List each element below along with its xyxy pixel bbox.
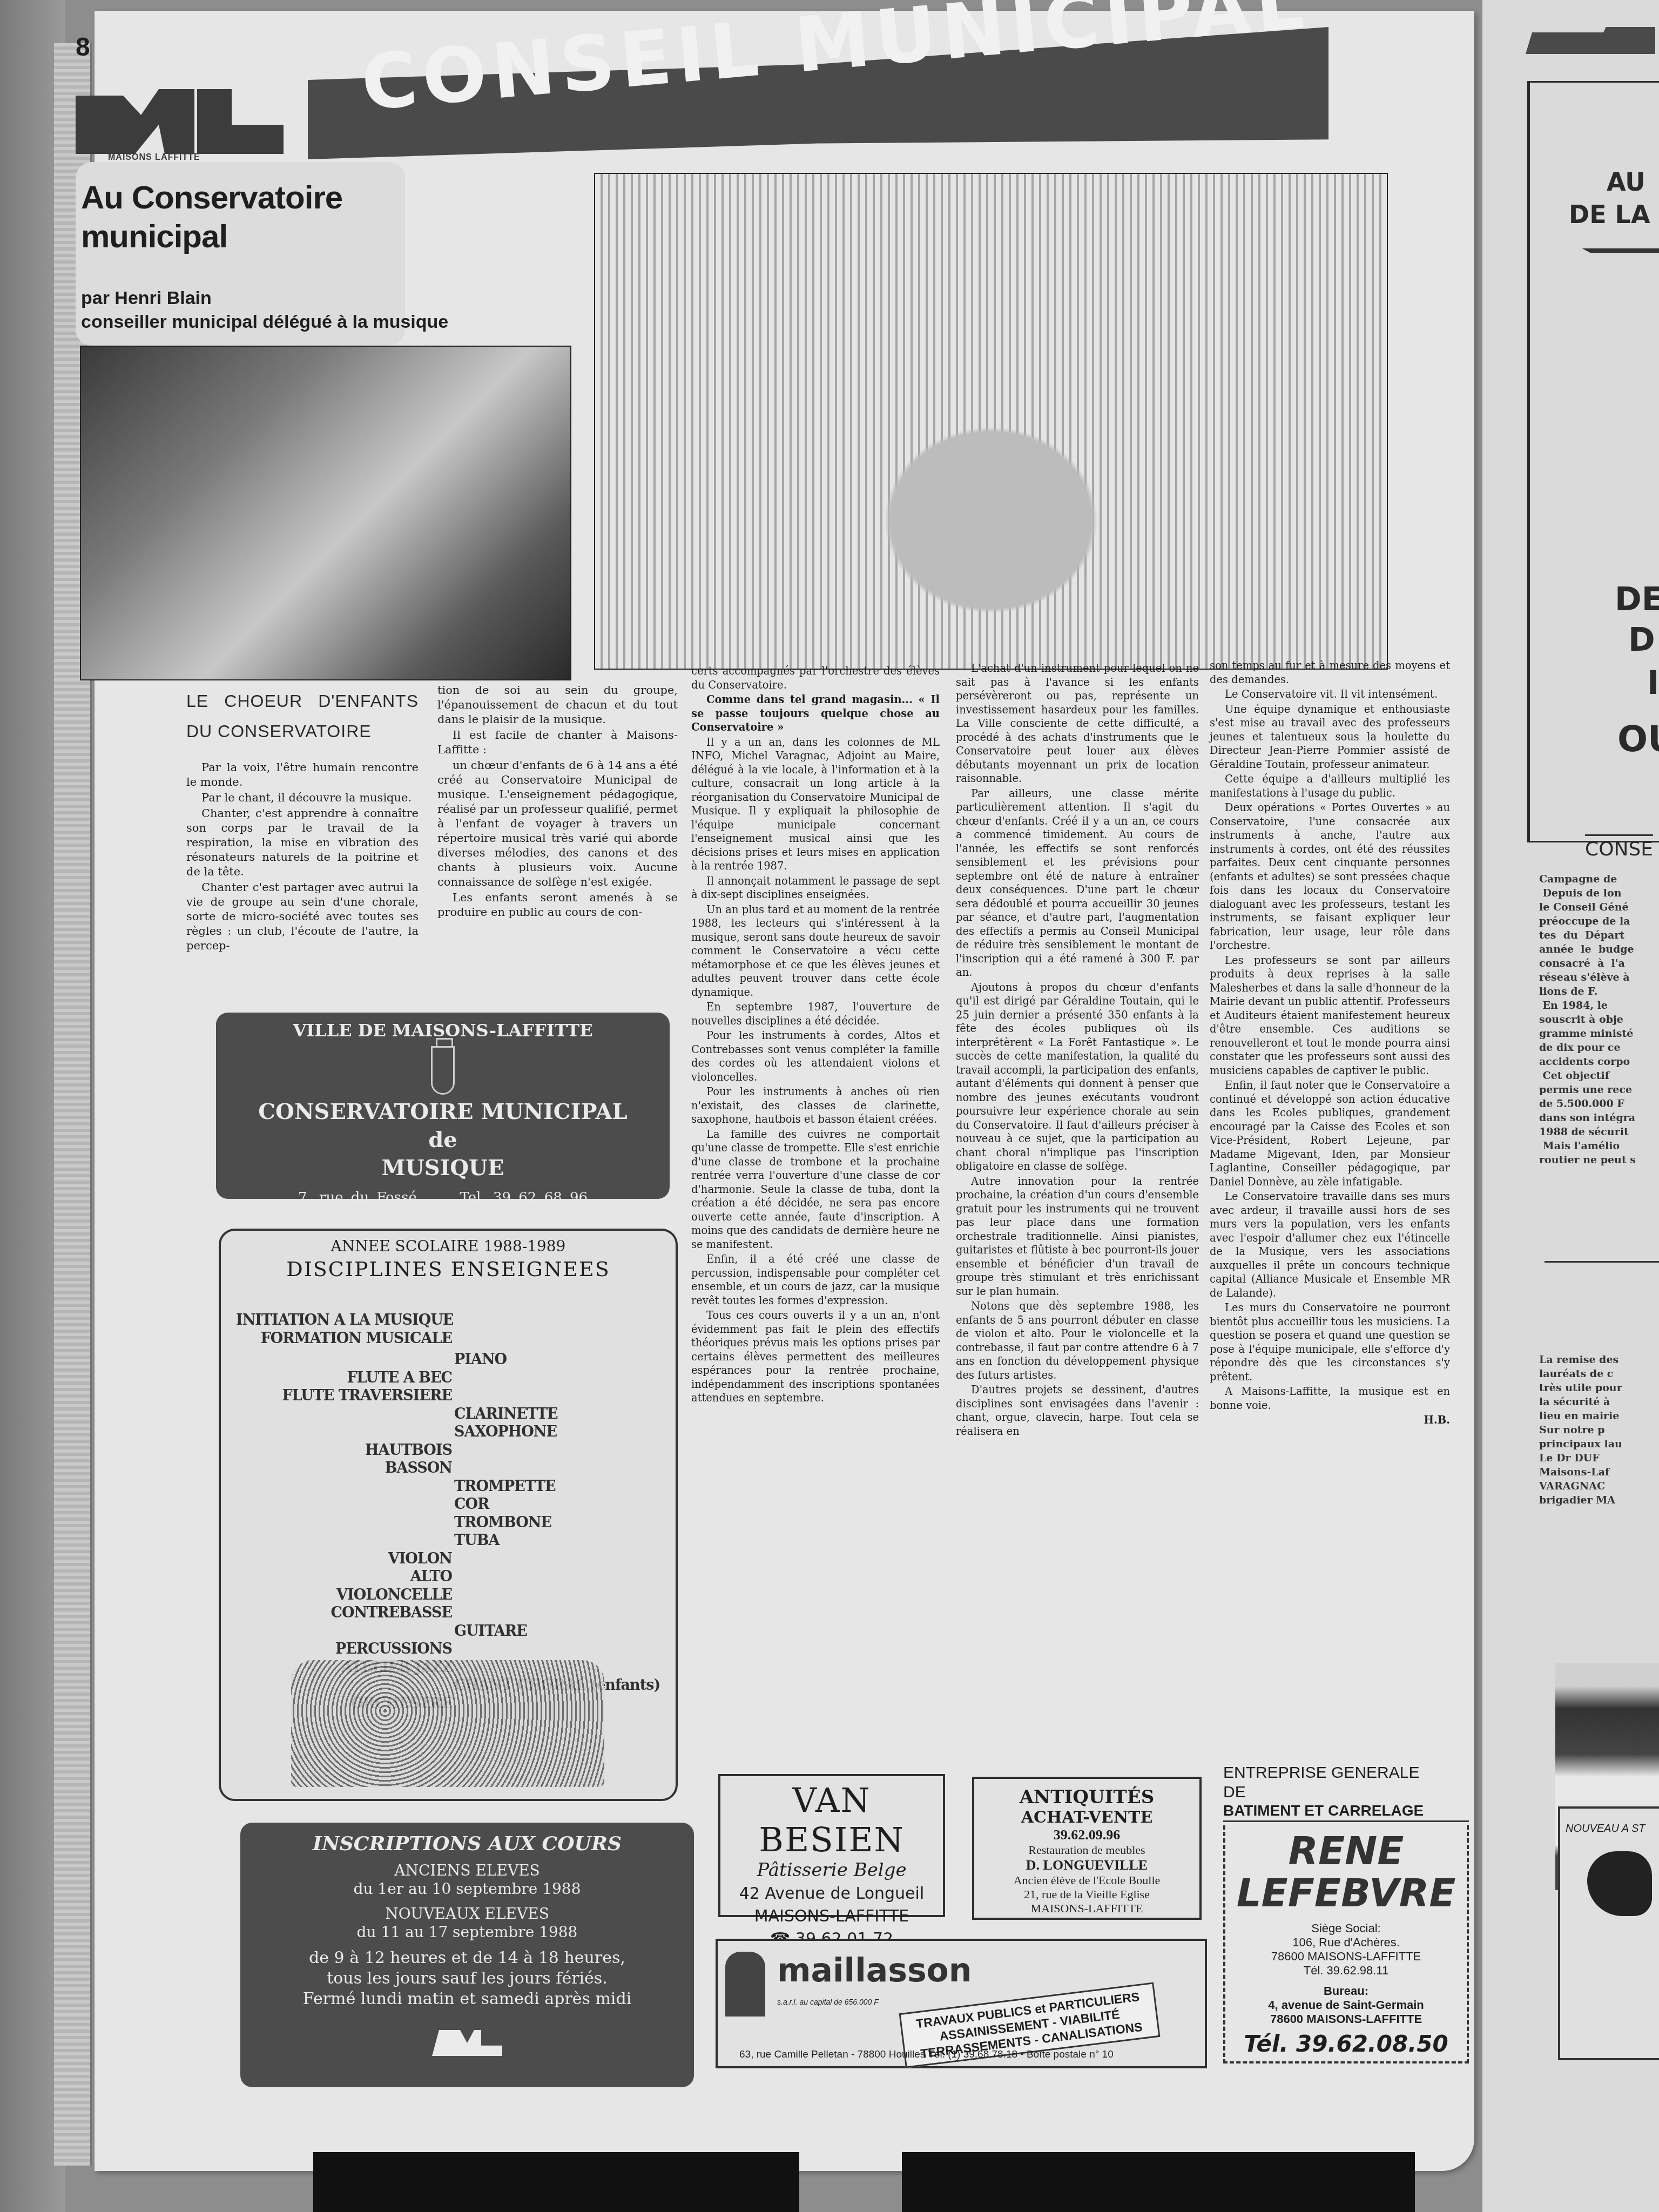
article-column-4: L'achat d'un instrument pour lequel on n…: [956, 662, 1199, 1439]
days: tous les jours sauf les jours fériés.: [240, 1968, 694, 1989]
ml-logo-l-shape: [197, 89, 284, 154]
discipline-item: INITIATION A LA MUSIQUE: [236, 1312, 452, 1328]
right-heading-5: I: [1647, 664, 1659, 702]
lefebvre-hq-address: 106, Rue d'Achères.: [1228, 1935, 1465, 1950]
photographer-leg-right: [902, 2152, 1415, 2212]
lefebvre-frame: RENE LEFEBVRE Siège Social: 106, Rue d'A…: [1223, 1825, 1469, 2063]
van-besien-address: 42 Avenue de Longueil: [720, 1884, 943, 1904]
photo-childrens-choir-concert: [594, 173, 1388, 670]
inscriptions-box: INSCRIPTIONS AUX COURS ANCIENS ELEVES du…: [240, 1823, 694, 2087]
card-phone: Tel. 39 62 68 96: [460, 1190, 588, 1206]
antiq-subtitle: ACHAT-VENTE: [974, 1808, 1199, 1827]
ad-van-besien: VAN BESIEN Pâtisserie Belge 42 Avenue de…: [718, 1774, 945, 1917]
maillasson-name: maillasson: [777, 1952, 972, 1990]
duck-illustration-icon: [1587, 1851, 1652, 1916]
paragraph: Les enfants seront amenés à se produire …: [437, 891, 678, 920]
paragraph: Par la voix, l'être humain rencontre le …: [186, 760, 419, 790]
discipline-item: HAUTBOIS: [236, 1442, 452, 1459]
paragraph: Ajoutons à propos du chœur d'enfants qu'…: [956, 981, 1199, 1174]
inscriptions-title: INSCRIPTIONS AUX COURS: [240, 1832, 694, 1855]
paragraph: Notons que dès septembre 1988, les enfan…: [956, 1299, 1199, 1382]
paragraph: Par ailleurs, une classe mérite particul…: [956, 787, 1199, 980]
lefebvre-office-label: Bureau:: [1228, 1984, 1465, 1998]
lefebvre-pre1: ENTREPRISE GENERALE: [1223, 1763, 1469, 1783]
ml-logo-caption: MAISONS LAFFITTE: [108, 153, 200, 163]
lefebvre-hq-city: 78600 MAISONS-LAFFITTE: [1228, 1950, 1465, 1964]
paragraph: Deux opérations « Portes Ouvertes » au C…: [1210, 801, 1450, 953]
paragraph: La famille des cuivres ne comportait qu'…: [691, 1128, 940, 1252]
lefebvre-hq-phone: Tél. 39.62.98.11: [1228, 1964, 1465, 1978]
right-heading-4: D: [1628, 621, 1655, 659]
lefebvre-pre2: DE: [1223, 1783, 1469, 1802]
ad-maillasson: maillasson s.a.r.l. au capital de 656.00…: [716, 1939, 1207, 2068]
lefebvre-hq-label: Siège Social:: [1228, 1921, 1465, 1935]
antiq-phone: 39.62.09.96: [974, 1827, 1199, 1843]
discipline-item: FLUTE A BEC: [236, 1370, 452, 1386]
card-line2: de: [216, 1126, 670, 1154]
antiq-address: 21, rue de la Vieille Eglise: [974, 1887, 1199, 1901]
right-heading-6: OU: [1617, 718, 1659, 760]
lefebvre-office-address: 4, avenue de Saint-Germain: [1228, 1998, 1465, 2012]
medieval-musicians-illustration: [291, 1660, 604, 1787]
maillasson-capital: s.a.r.l. au capital de 656.000 F: [777, 1998, 879, 2006]
disciplines-box: ANNEE SCOLAIRE 1988-1989 DISCIPLINES ENS…: [219, 1229, 678, 1801]
discipline-item: FLUTE TRAVERSIERE: [236, 1387, 452, 1404]
antiq-title: ANTIQUITÉS: [974, 1786, 1199, 1808]
coat-of-arms-icon: [431, 1046, 455, 1095]
paragraph: Le Conservatoire travaille dans ses murs…: [1210, 1190, 1450, 1300]
card-line3: MUSIQUE: [216, 1154, 670, 1182]
paragraph: Par le chant, il découvre la musique.: [186, 791, 419, 805]
discipline-item: FORMATION MUSICALE: [236, 1330, 452, 1347]
article-column-5: son temps au fur et à mesure des moyens …: [1210, 659, 1450, 1428]
right-ad-box: NOUVEAU A ST: [1558, 1806, 1659, 2060]
card-line1: CONSERVATOIRE MUNICIPAL: [216, 1098, 670, 1126]
lefebvre-phone: Tél. 39.62.08.50: [1228, 2031, 1465, 2057]
van-besien-city: MAISONS-LAFFITTE: [720, 1907, 943, 1926]
discipline-item: PIANO: [454, 1351, 507, 1368]
anciens-dates: du 1er au 10 septembre 1988: [240, 1880, 694, 1898]
paragraph: Pour les instruments à anches où rien n'…: [691, 1085, 940, 1127]
paragraph: En septembre 1987, l'ouverture de nouvel…: [691, 1000, 940, 1028]
paragraph: Chanter, c'est apprendre à connaître son…: [186, 806, 419, 879]
right-heading-3: DE: [1615, 581, 1659, 618]
right-heading-1: AU: [1607, 167, 1645, 197]
right-awards-text: La remise des lauréats de c très utile p…: [1539, 1353, 1659, 1515]
page-number: 8: [76, 32, 90, 62]
discipline-item: TROMBONE: [454, 1514, 551, 1531]
byline-author: par Henri Blain: [81, 286, 448, 310]
paragraph: son temps au fur et à mesure des moyens …: [1210, 659, 1450, 686]
right-heading-2: DE LA: [1569, 200, 1650, 229]
discipline-item: BASSON: [236, 1460, 452, 1476]
discipline-item: GUITARE: [454, 1623, 527, 1640]
paragraph: tion de soi au sein du groupe, l'épanoui…: [437, 683, 678, 727]
paragraph: Les murs du Conservatoire ne pourront bi…: [1210, 1301, 1450, 1384]
right-ad-text: NOUVEAU A ST: [1566, 1823, 1659, 1835]
lefebvre-pre3: BATIMENT ET CARRELAGE: [1223, 1802, 1469, 1822]
antiq-service: Restauration de meubles: [974, 1843, 1199, 1857]
paragraph: Enfin, il a été créé une classe de percu…: [691, 1252, 940, 1307]
paragraph: Pour les instruments à cordes, Altos et …: [691, 1029, 940, 1084]
paragraph: Autre innovation pour la rentrée prochai…: [956, 1175, 1199, 1299]
right-campaign-text: Campagne de Depuis de lon le Conseil Gén…: [1539, 872, 1659, 1175]
disciplines-year: ANNEE SCOLAIRE 1988-1989: [221, 1237, 676, 1255]
paragraph: D'autres projets se dessinent, d'autres …: [956, 1383, 1199, 1438]
byline-role: conseiller municipal délégué à la musiqu…: [81, 310, 448, 334]
ml-logo: MAISONS LAFFITTE: [76, 89, 286, 165]
hours: de 9 à 12 heures et de 14 à 18 heures,: [240, 1948, 694, 1968]
article-subhead: LE CHOEUR D'ENFANTS DU CONSERVATOIRE: [186, 686, 419, 746]
article-column-3: certs accompagnés par l'orchestre des él…: [691, 664, 940, 1406]
nouveaux-dates: du 11 au 17 septembre 1988: [240, 1923, 694, 1941]
paragraph: Il est facile de chanter à Maisons-Laffi…: [437, 728, 678, 757]
antiq-credential: Ancien élève de l'Ecole Boulle: [974, 1873, 1199, 1887]
discipline-item: SAXOPHONE: [454, 1424, 557, 1440]
discipline-item: CONTREBASSE: [236, 1604, 452, 1621]
paragraph: Enfin, il faut noter que le Conservatoir…: [1210, 1078, 1450, 1189]
anciens-label: ANCIENS ELEVES: [240, 1862, 694, 1880]
paragraph: Cette équipe a d'ailleurs multiplié les …: [1210, 772, 1450, 800]
paragraph: Il annonçait notamment le passage de sep…: [691, 874, 940, 902]
article-column-1: LE CHOEUR D'ENFANTS DU CONSERVATOIRE Par…: [186, 686, 419, 954]
lefebvre-office-city: 78600 MAISONS-LAFFITTE: [1228, 2012, 1465, 2026]
van-besien-name: VAN BESIEN: [720, 1781, 943, 1859]
discipline-item: COR: [454, 1496, 489, 1513]
ml-logo-m-shape: [76, 89, 194, 154]
nouveaux-label: NOUVEAUX ELEVES: [240, 1905, 694, 1923]
photo-conservatoire-visit: [80, 346, 571, 680]
card-address: 7, rue du Fossé.: [298, 1190, 421, 1206]
ad-antiquites: ANTIQUITÉS ACHAT-VENTE 39.62.09.96 Resta…: [972, 1777, 1202, 1920]
discipline-item: CLARINETTE: [454, 1406, 558, 1422]
antiq-owner: D. LONGUEVILLE: [974, 1857, 1199, 1873]
paragraph: Une équipe dynamique et enthousiaste s'e…: [1210, 703, 1450, 772]
byline: par Henri Blain conseiller municipal dél…: [81, 286, 448, 334]
lefebvre-name2: LEFEBVRE: [1228, 1872, 1465, 1914]
paragraph: Le Conservatoire vit. Il vit intensément…: [1210, 687, 1450, 702]
closed-times: Fermé lundi matin et samedi après midi: [240, 1989, 694, 2009]
discipline-item: TUBA: [454, 1532, 499, 1549]
article-intertitle: Comme dans tel grand magasin... « Il se …: [691, 693, 940, 734]
maillasson-logo-icon: [725, 1952, 765, 2017]
discipline-item: VIOLONCELLE: [236, 1587, 452, 1603]
maillasson-address: 63, rue Camille Pelletan - 78800 Houille…: [739, 2049, 1114, 2061]
discipline-item: VIOLON: [236, 1550, 452, 1567]
van-besien-tagline: Pâtisserie Belge: [720, 1859, 943, 1881]
ml-logo-small: [432, 2030, 502, 2056]
ad-rene-lefebvre: ENTREPRISE GENERALE DE BATIMENT ET CARRE…: [1223, 1763, 1469, 2087]
paragraph: Les professeurs se sont par ailleurs pro…: [1210, 954, 1450, 1078]
signature: H.B.: [1210, 1413, 1450, 1427]
lefebvre-name1: RENE: [1228, 1830, 1465, 1872]
paragraph: Tous ces cours ouverts il y a un an, n'o…: [691, 1309, 940, 1405]
photographer-leg-left: [313, 2152, 799, 2212]
right-divider: [1545, 1261, 1659, 1263]
article-column-2: tion de soi au sein du groupe, l'épanoui…: [437, 683, 678, 921]
antiq-city: MAISONS-LAFFITTE: [974, 1901, 1199, 1916]
paragraph: A Maisons-Laffitte, la musique est en bo…: [1210, 1385, 1450, 1412]
card-contact: 7, rue du Fossé. Tel. 39 62 68 96: [216, 1190, 670, 1206]
conservatoire-card: VILLE DE MAISONS-LAFFITTE CONSERVATOIRE …: [216, 1013, 670, 1199]
paragraph: L'achat d'un instrument pour lequel on n…: [956, 662, 1199, 786]
disciplines-title: DISCIPLINES ENSEIGNEES: [221, 1257, 676, 1281]
paragraph: certs accompagnés par l'orchestre des él…: [691, 664, 940, 692]
right-footer: CONSE: [1585, 834, 1653, 860]
paragraph: Chanter c'est partager avec autrui la vi…: [186, 880, 419, 953]
paragraph: Il y a un an, dans les colonnes de ML IN…: [691, 736, 940, 873]
article-title: Au Conservatoire municipal: [81, 178, 383, 256]
paragraph: Un an plus tard et au moment de la rentr…: [691, 903, 940, 1000]
paragraph: un chœur d'enfants de 6 à 14 ans a été c…: [437, 758, 678, 889]
discipline-item: PERCUSSIONS: [236, 1641, 452, 1657]
discipline-item: TROMPETTE: [454, 1478, 556, 1495]
discipline-item: ALTO: [236, 1568, 452, 1585]
